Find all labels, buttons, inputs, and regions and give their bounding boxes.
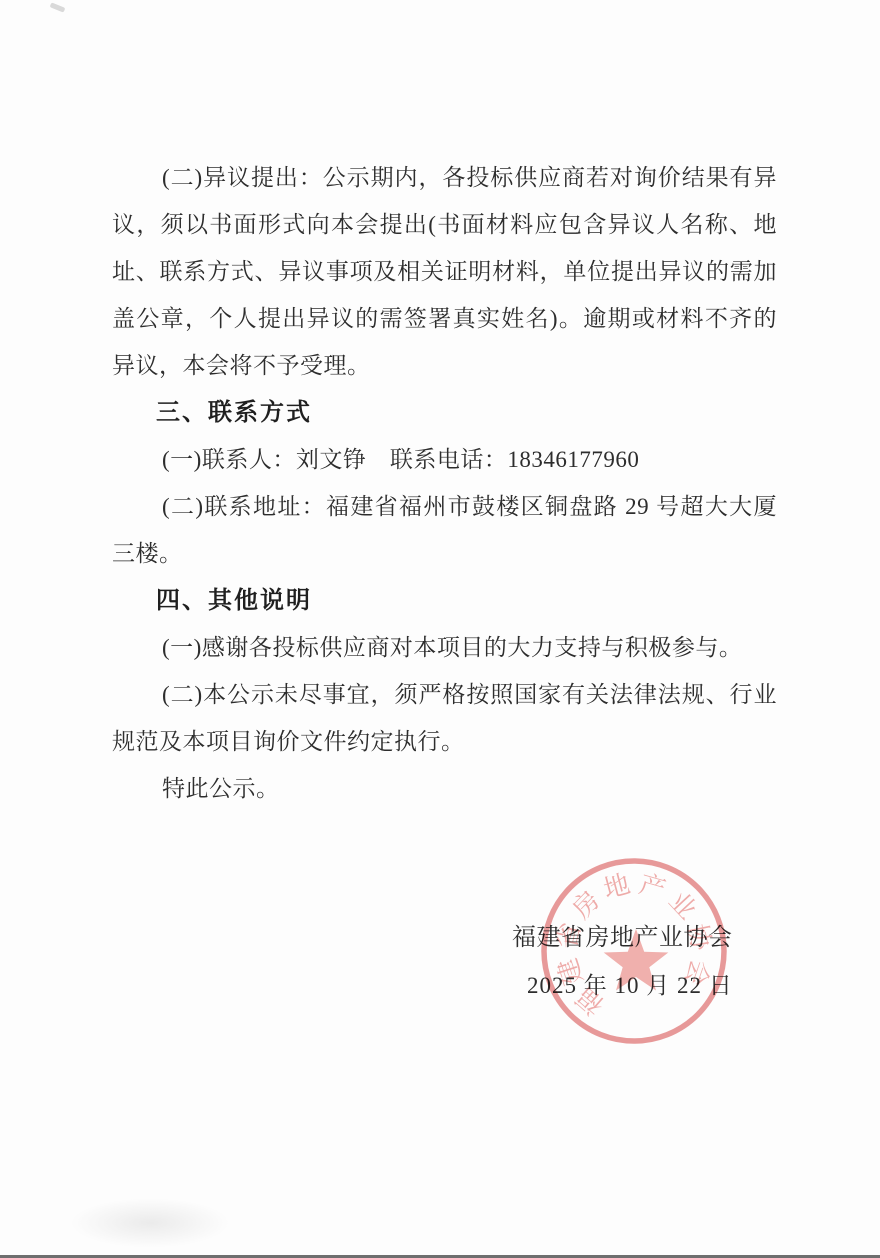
seal-star-icon bbox=[604, 929, 669, 991]
contact-person-line: (一)联系人：刘文铮 联系电话：18346177960 bbox=[112, 436, 777, 483]
body-line: (二)本公示未尽事宜，须严格按照国家有关法律法规、行业 bbox=[112, 671, 777, 718]
body-line: (一)感谢各投标供应商对本项目的大力支持与积极参与。 bbox=[112, 624, 777, 671]
svg-text:产: 产 bbox=[636, 870, 669, 905]
body-line: 异议，本会将不予受理。 bbox=[112, 342, 777, 389]
body-line: 议，须以书面形式向本会提出(书面材料应包含异议人名称、地 bbox=[112, 201, 777, 248]
svg-text:会: 会 bbox=[679, 956, 715, 990]
section-heading-other: 四、其他说明 bbox=[112, 577, 777, 624]
svg-text:地: 地 bbox=[600, 869, 633, 904]
body-line: 址、联系方式、异议事项及相关证明材料，单位提出异议的需加 bbox=[112, 248, 777, 295]
section-heading-contact: 三、联系方式 bbox=[112, 389, 777, 436]
body-line: 三楼。 bbox=[112, 530, 777, 577]
closing-line: 特此公示。 bbox=[112, 765, 777, 812]
document-page: (二)异议提出：公示期内，各投标供应商若对询价结果有异 议，须以书面形式向本会提… bbox=[0, 0, 880, 1258]
body-line: 规范及本项目询价文件约定执行。 bbox=[112, 718, 777, 765]
svg-text:业: 业 bbox=[663, 886, 702, 925]
svg-text:建: 建 bbox=[553, 955, 589, 989]
scan-mark-artifact bbox=[50, 2, 66, 12]
svg-text:省: 省 bbox=[552, 920, 586, 952]
scan-smudge-artifact bbox=[70, 1198, 230, 1248]
official-seal: 福建省房地产业协会 bbox=[539, 856, 729, 1046]
contact-address-line: (二)联系地址：福建省福州市鼓楼区铜盘路 29 号超大大厦 bbox=[112, 483, 777, 530]
body-line: (二)异议提出：公示期内，各投标供应商若对询价结果有异 bbox=[112, 154, 777, 201]
svg-text:协: 协 bbox=[682, 921, 716, 953]
svg-text:福: 福 bbox=[571, 982, 610, 1021]
notice-body: (二)异议提出：公示期内，各投标供应商若对询价结果有异 议，须以书面形式向本会提… bbox=[112, 154, 777, 812]
body-line: 盖公章，个人提出异议的需签署真实姓名)。逾期或材料不齐的 bbox=[112, 295, 777, 342]
svg-text:房: 房 bbox=[567, 885, 606, 924]
